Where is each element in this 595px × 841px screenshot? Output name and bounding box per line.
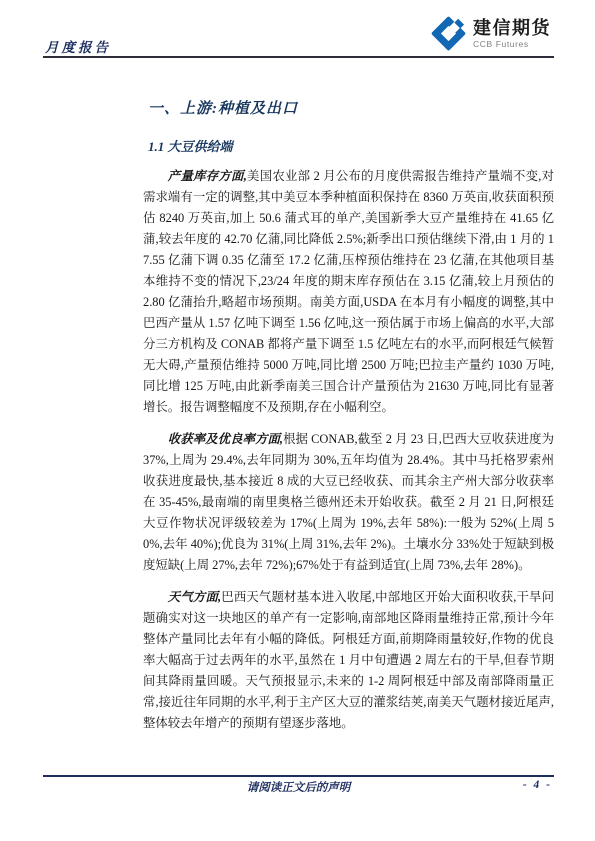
- section-title: 一、上游:种植及出口: [148, 97, 298, 118]
- page-number: - 4 -: [523, 779, 552, 791]
- footer-divider: [43, 775, 554, 777]
- paragraph-lead: 收获率及优良率方面,: [168, 432, 283, 446]
- header-divider: [43, 56, 554, 58]
- paragraph-lead: 天气方面,: [168, 590, 221, 604]
- company-name-cn: 建信期货: [473, 19, 551, 37]
- paragraph-production-inventory: 产量库存方面,美国农业部 2 月公布的月度供需报告维持产量端不变,对需求端有一定…: [143, 166, 554, 418]
- report-body: 产量库存方面,美国农业部 2 月公布的月度供需报告维持产量端不变,对需求端有一定…: [143, 166, 554, 745]
- ccb-logo-icon: [430, 15, 467, 52]
- company-logo-text: 建信期货 CCB Futures: [473, 19, 551, 49]
- report-page: 月度报告 建信期货 CCB Futures 一、上游:种植及出口 1.1 大豆供…: [0, 0, 595, 841]
- paragraph-text: 根据 CONAB,截至 2 月 23 日,巴西大豆收获进度为 37%,上周为 2…: [143, 432, 554, 572]
- company-logo: 建信期货 CCB Futures: [430, 15, 551, 52]
- paragraph-lead: 产量库存方面,: [168, 169, 247, 183]
- paragraph-text: 巴西天气题材基本进入收尾,中部地区开始大面积收获,干旱问题确实对这一块地区的单产…: [143, 590, 554, 730]
- footer-disclaimer: 请阅读正文后的声明: [247, 782, 351, 794]
- subsection-title: 1.1 大豆供给端: [148, 136, 233, 155]
- paragraph-weather: 天气方面,巴西天气题材基本进入收尾,中部地区开始大面积收获,干旱问题确实对这一块…: [143, 587, 554, 734]
- page-footer: 请阅读正文后的声明 - 4 -: [43, 779, 554, 795]
- report-type-label: 月度报告: [45, 36, 111, 56]
- paragraph-text: 美国农业部 2 月公布的月度供需报告维持产量端不变,对需求端有一定的调整,其中美…: [143, 169, 554, 414]
- company-name-en: CCB Futures: [473, 40, 551, 49]
- paragraph-harvest-rating: 收获率及优良率方面,根据 CONAB,截至 2 月 23 日,巴西大豆收获进度为…: [143, 429, 554, 576]
